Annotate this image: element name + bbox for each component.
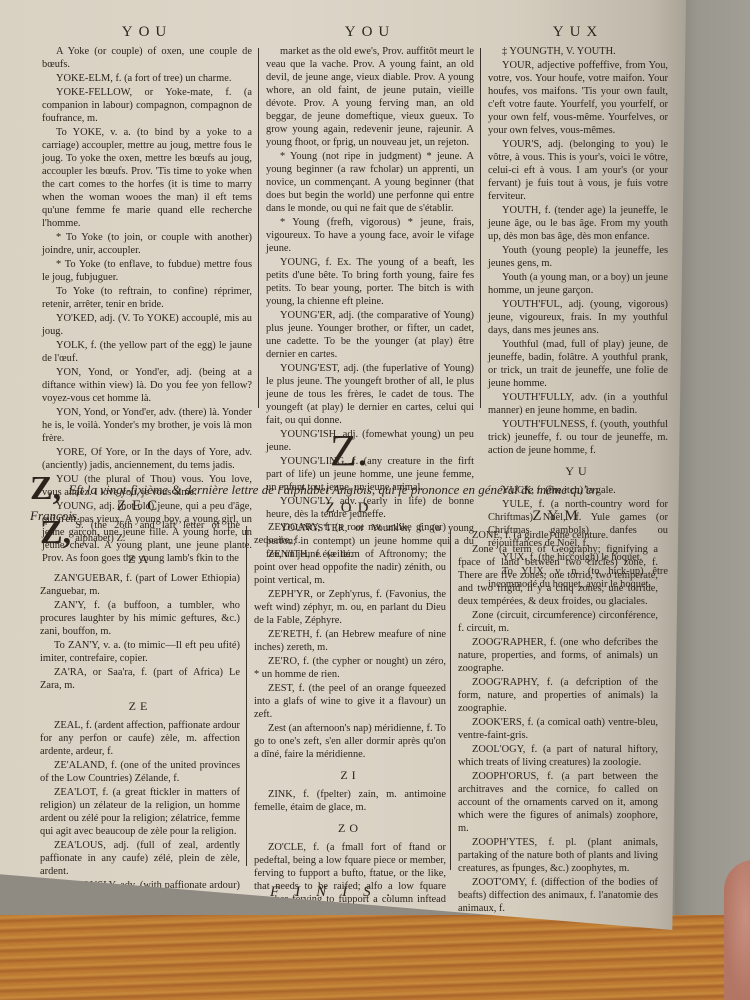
dictionary-entry: Zone (a term of Geography; fignifying a …	[458, 543, 658, 608]
z-column-1: ZEC Z, S. (the 26th and laft letter of t…	[40, 500, 240, 960]
dictionary-entry: ZA'RA, or Saa'ra, f. (part of Africa) Le…	[40, 666, 240, 692]
dictionary-entry: ZINK, f. (fpelter) zain, m. antimoine fe…	[254, 788, 446, 814]
dictionary-entry: YO'KED, adj. (V. To YOKE) accouplé, mis …	[42, 312, 252, 338]
entry-list: ‡ YOUNGTH, V. YOUTH.YOUR, adjective poff…	[488, 45, 668, 457]
column-rule	[258, 48, 259, 408]
dropcap: Z,	[40, 519, 71, 547]
dictionary-entry: Youth (young people) la jeuneffe, les je…	[488, 244, 668, 270]
dictionary-entry: ZEA'LOUS, adj. (full of zeal, ardently p…	[40, 839, 240, 878]
dictionary-entry: ZEPH'YR, or Zeph'yrus, f. (Favonius, the…	[254, 588, 446, 627]
dictionary-entry: ZEA'LOT, f. (a great ftickler in matters…	[40, 786, 240, 838]
running-head: YOU	[42, 26, 252, 39]
dictionary-entry: ZONE, f. (a girdle) une ceinture.	[458, 529, 658, 542]
entry-list: ZE'DOARY, f. (a root not unlike ginger) …	[254, 521, 446, 761]
entry-list: ZONE, f. (a girdle) une ceinture.Zone (a…	[458, 529, 658, 915]
dictionary-entry: A Yoke (or couple) of oxen, une couple d…	[42, 45, 252, 71]
section-head: ZI	[254, 769, 446, 782]
dictionary-entry: To Yoke (to reftrain, to confine) réprim…	[42, 285, 252, 311]
dictionary-entry: * Young (not ripe in judgment) * jeune. …	[266, 150, 474, 215]
running-head: ZEC	[40, 500, 240, 513]
column-rule	[480, 48, 481, 408]
dictionary-entry: YOUNG'ISH, adj. (fomewhat young) un peu …	[266, 428, 474, 454]
dictionary-entry: YON, Yond, or Yond'er, adj. (being at a …	[42, 366, 252, 405]
dictionary-entry: YOUTH'FULNESS, f. (youth, youthful trick…	[488, 418, 668, 457]
letter-definition: Z, S. (the 26th and laft letter of the a…	[40, 519, 240, 545]
dictionary-entry: ZAN'Y, f. (a buffoon, a tumbler, who pro…	[40, 599, 240, 638]
entry-groups: ZAZAN'GUEBAR, f. (part of Lower Ethiopia…	[40, 553, 240, 959]
finger	[724, 860, 750, 1000]
running-head: YOU	[266, 26, 474, 39]
section-head: ZE	[40, 700, 240, 713]
dictionary-entry: Zest (an afternoon's nap) méridienne, f.…	[254, 722, 446, 761]
dictionary-entry: ZEA'LOUSLY, adv. (with paffionate ardour…	[40, 879, 240, 905]
dictionary-entry: ZOOL'OGY, f. (a part of natural hiftory,…	[458, 743, 658, 769]
dictionary-entry: Youthful (mad, full of play) jeune, de j…	[488, 338, 668, 390]
dictionary-entry: YOUR, adjective poffeffive, from You, vo…	[488, 59, 668, 137]
dictionary-entry: YOUNG'EST, adj. (the fuperlative of Youn…	[266, 362, 474, 427]
dictionary-entry: market as the old ewe's, Prov. auffitôt …	[266, 45, 474, 149]
dictionary-entry: * To Yoke (to enflave, to fubdue) mettre…	[42, 258, 252, 284]
dictionary-entry: ZE'DOARY, f. (a root not unlike ginger) …	[254, 521, 446, 547]
finis-mark: FINIS.	[270, 884, 406, 901]
dictionary-entry: YORE, Of Yore, or In the days of Yore, a…	[42, 446, 252, 472]
dictionary-entry: To YOKE, v. a. (to bind by a yoke to a c…	[42, 126, 252, 230]
dictionary-entry: ZOOPH'ORUS, f. (a part between the archi…	[458, 770, 658, 835]
dictionary-entry: Youth (a young man, or a boy) un jeune h…	[488, 271, 668, 297]
dictionary-entry: ‡ YOUNGTH, V. YOUTH.	[488, 45, 668, 58]
dictionary-entry: ZE'RETH, f. (an Hebrew meafure of nine i…	[254, 628, 446, 654]
dictionary-entry: ZEN'ITH, f. (a term of Aftronomy; the po…	[254, 548, 446, 587]
dictionary-entry: YOUR'S, adj. (belonging to you) le vôtre…	[488, 138, 668, 203]
dictionary-page: YOU A Yoke (or couple) of oxen, une coup…	[0, 0, 686, 930]
dictionary-entry: ZE'RO, f. (the cypher or nought) un zéro…	[254, 655, 446, 681]
dictionary-entry: YOUTH'FULLY, adv. (in a youthful manner)…	[488, 391, 668, 417]
backdrop	[675, 0, 750, 1000]
section-head: ZO	[254, 822, 446, 835]
dictionary-entry: ZO'CLE, f. (a fmall fort of ftand or ped…	[254, 841, 446, 919]
dictionary-entry: ZAN'GUEBAR, f. (part of Lower Ethiopia) …	[40, 572, 240, 598]
column-rule	[450, 530, 451, 870]
dictionary-entry: * To Yoke (to join, or couple with anoth…	[42, 231, 252, 257]
dictionary-entry: YOLK, f. (the yellow part of the egg) le…	[42, 339, 252, 365]
running-head: ZYM	[458, 510, 658, 523]
dictionary-entry: ZOOT'OMY, f. (diffection of the bodies o…	[458, 876, 658, 915]
section-head: ZA	[40, 553, 240, 566]
dictionary-entry: ZEST, f. (the peel of an orange fqueezed…	[254, 682, 446, 721]
dictionary-entry: ZEAL, f. (ardent affection, paffionate a…	[40, 719, 240, 758]
running-head: ZOD	[254, 502, 446, 515]
dictionary-entry: YOUTH, f. (tender age) la jeuneffe, le j…	[488, 204, 668, 243]
dictionary-entry: YOKE-ELM, f. (a fort of tree) un charme.	[42, 72, 252, 85]
dictionary-entry: ZOOK'ERS, f. (a comical oath) ventre-ble…	[458, 716, 658, 742]
dictionary-entry: YOUTH'FUL, adj. (young, vigorous) jeune,…	[488, 298, 668, 337]
dictionary-entry: ZOOPH'YTES, f. pl. (plant animals, parta…	[458, 836, 658, 875]
dictionary-entry: YOUNG'ER, adj. (the comparative of Young…	[266, 309, 474, 361]
column-rule	[246, 526, 247, 866]
z-column-3: ZYM ZONE, f. (a girdle) une ceinture.Zon…	[458, 510, 658, 982]
dictionary-entry: To ZAN'Y, v. a. (to mimic—Il eft peu ufi…	[40, 639, 240, 665]
dictionary-entry: YON, Yond, or Yond'er, adv. (there) là. …	[42, 406, 252, 445]
running-head: YUX	[488, 26, 668, 39]
dictionary-entry: ZOOG'RAPHER, f. (one who defcribes the n…	[458, 636, 658, 675]
dictionary-entry: ZOOG'RAPHY, f. (a defcription of the for…	[458, 676, 658, 715]
dictionary-entry: YOUNG, f. Ex. The young of a beaft, les …	[266, 256, 474, 308]
dictionary-entry: YOKE-FELLOW, or Yoke-mate, f. (a compani…	[42, 86, 252, 125]
dictionary-entry: ZE'ALAND, f. (one of the united province…	[40, 759, 240, 785]
dictionary-entry: Zone (circuit, circumference) circonfére…	[458, 609, 658, 635]
lead-text: S. (the 26th and laft letter of the alph…	[75, 520, 240, 544]
dictionary-entry: * Young (frefh, vigorous) * jeune, frais…	[266, 216, 474, 255]
wooden-table-edge	[0, 915, 750, 1000]
section-letter: Z.	[330, 425, 368, 476]
